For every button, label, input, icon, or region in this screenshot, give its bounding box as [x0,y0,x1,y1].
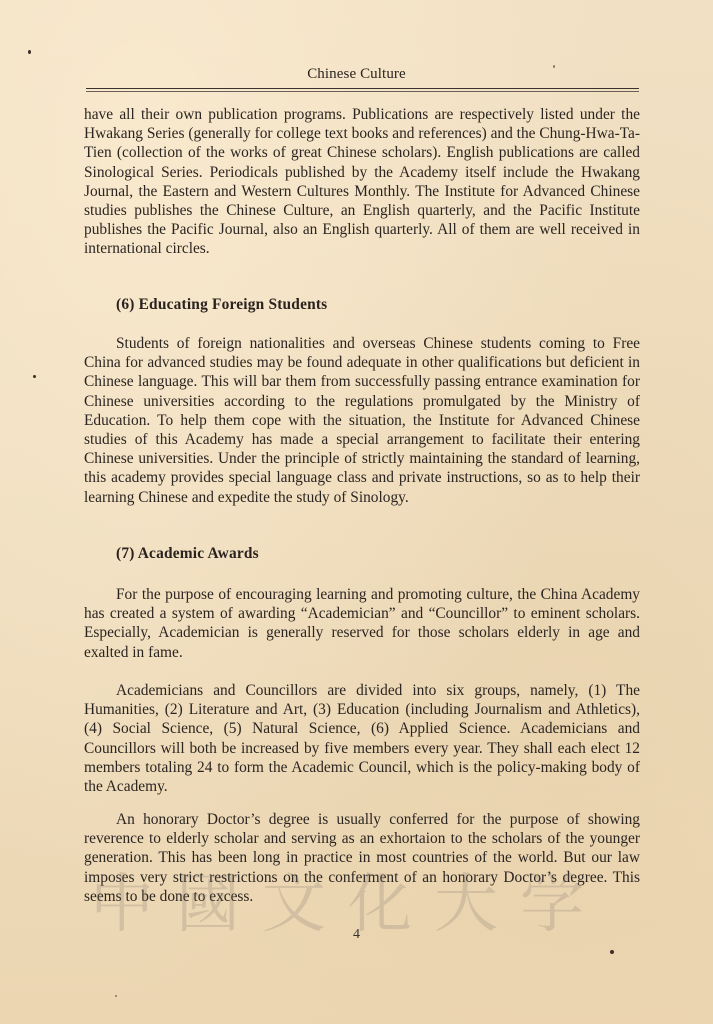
section-6-body: Students of foreign nationalities and ov… [84,334,640,507]
paragraph-honorary-degree: An honorary Doctor’s degree is usually c… [84,810,640,906]
paragraph-foreign-students: Students of foreign nationalities and ov… [84,334,640,507]
continued-paragraph: have all their own publication programs.… [84,105,640,259]
section-7-body-3: An honorary Doctor’s degree is usually c… [84,810,640,906]
paragraph-six-groups: Academicians and Councillors are divided… [84,681,640,796]
section-7-body-1: For the purpose of encouraging learning … [84,585,640,662]
paper-speck [28,50,31,54]
paragraph-publications: have all their own publication programs.… [84,105,640,259]
paper-speck [33,375,36,378]
section-7-body-2: Academicians and Councillors are divided… [84,681,640,796]
paper-speck [553,65,555,68]
document-page: Chinese Culture have all their own publi… [0,0,713,1024]
paper-speck [115,995,117,997]
page-number: 4 [0,927,713,943]
paper-speck [610,950,614,954]
header-rule-thin [86,91,639,92]
header-rule [86,88,639,89]
running-header-title: Chinese Culture [0,66,713,83]
section-heading-educating-foreign-students: (6) Educating Foreign Students [116,296,327,314]
section-heading-academic-awards: (7) Academic Awards [116,545,259,563]
paragraph-awards-purpose: For the purpose of encouraging learning … [84,585,640,662]
